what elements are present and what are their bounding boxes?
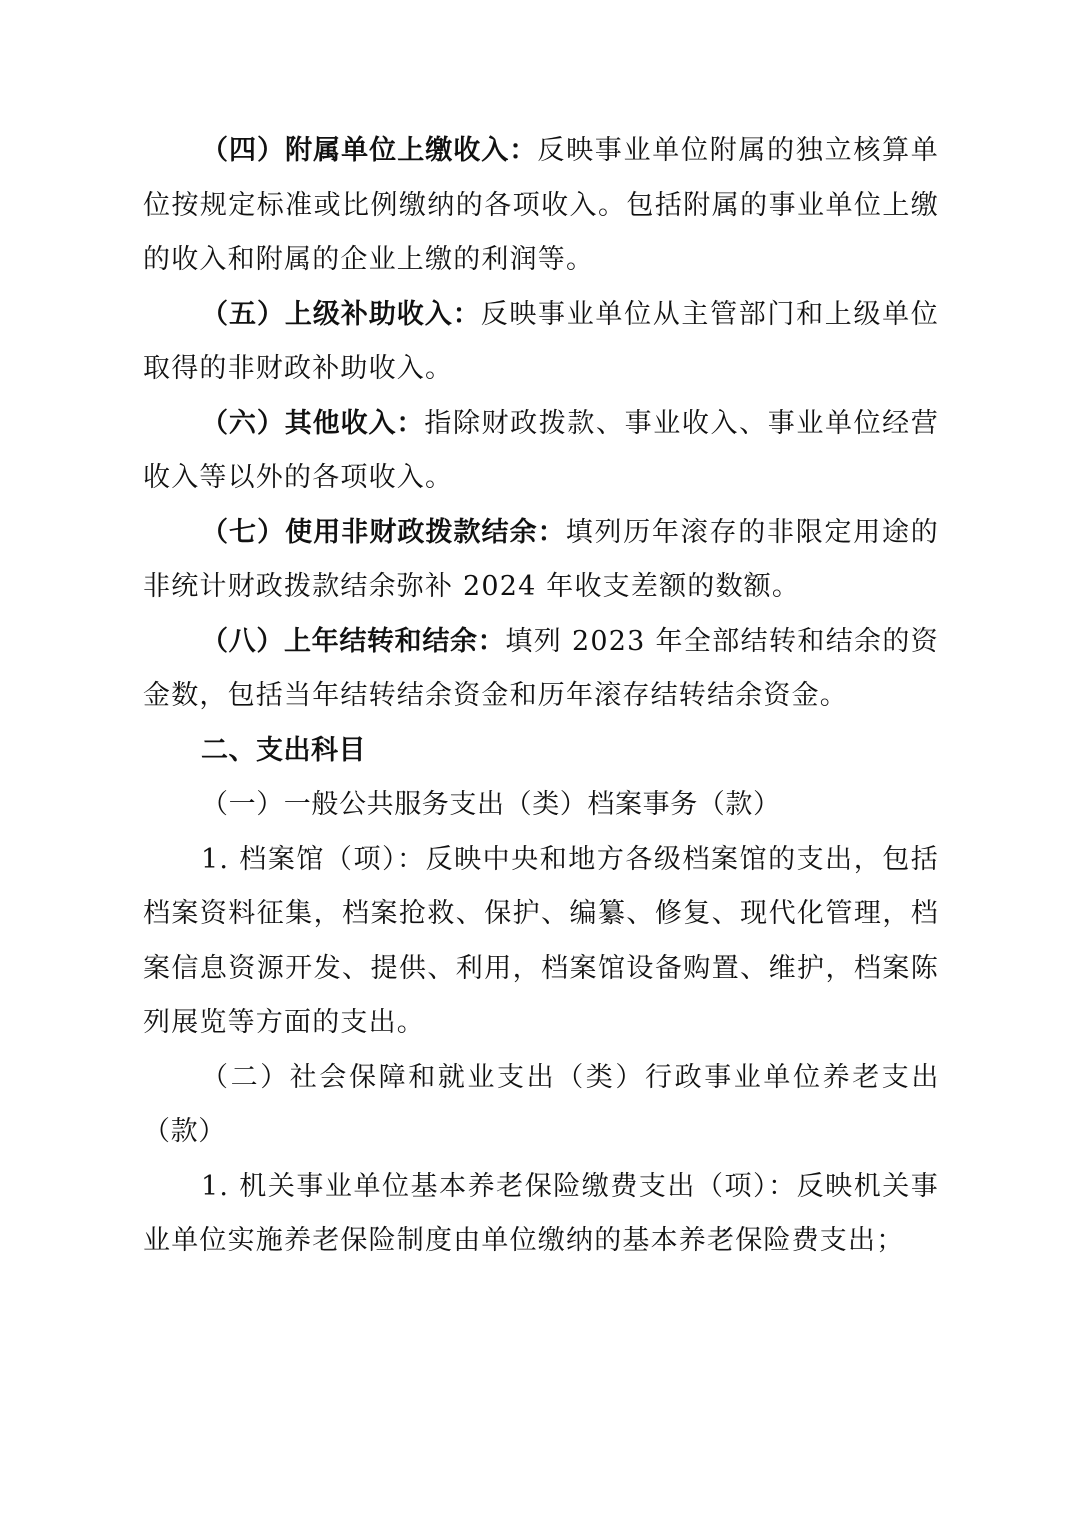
income-item-prior-year-carryover: （八）上年结转和结余：填列 2023 年全部结转和结余的资金数，包括当年结转结余…: [143, 615, 939, 724]
income-item-affiliated-units: （四）附属单位上缴收入：反映事业单位附属的独立核算单位按规定标准或比例缴纳的各项…: [143, 124, 939, 288]
income-item-superior-subsidy: （五）上级补助收入：反映事业单位从主管部门和上级单位取得的非财政补助收入。: [143, 288, 939, 397]
income-item-other: （六）其他收入：指除财政拨款、事业收入、事业单位经营收入等以外的各项收入。: [143, 397, 939, 506]
item-label: （七）使用非财政拨款结余：: [201, 517, 566, 548]
document-page: （四）附属单位上缴收入：反映事业单位附属的独立核算单位按规定标准或比例缴纳的各项…: [143, 124, 939, 1269]
item-label: （四）附属单位上缴收入：: [201, 135, 537, 166]
item-label: （六）其他收入：: [201, 408, 424, 439]
section-heading-expenditure: 二、支出科目: [143, 724, 939, 779]
income-item-non-fiscal-balance: （七）使用非财政拨款结余：填列历年滚存的非限定用途的非统计财政拨款结余弥补 20…: [143, 506, 939, 615]
item-label: （八）上年结转和结余：: [201, 626, 505, 657]
expenditure-item-pension-contribution: 1. 机关事业单位基本养老保险缴费支出（项）：反映机关事业单位实施养老保险制度由…: [143, 1160, 939, 1269]
subsection-heading-archives: （一）一般公共服务支出（类）档案事务（款）: [143, 778, 939, 833]
item-label: （五）上级补助收入：: [201, 299, 481, 330]
subsection-heading-pension: （二）社会保障和就业支出（类）行政事业单位养老支出（款）: [143, 1051, 939, 1160]
expenditure-item-archives-hall: 1. 档案馆（项）：反映中央和地方各级档案馆的支出，包括档案资料征集，档案抢救、…: [143, 833, 939, 1051]
